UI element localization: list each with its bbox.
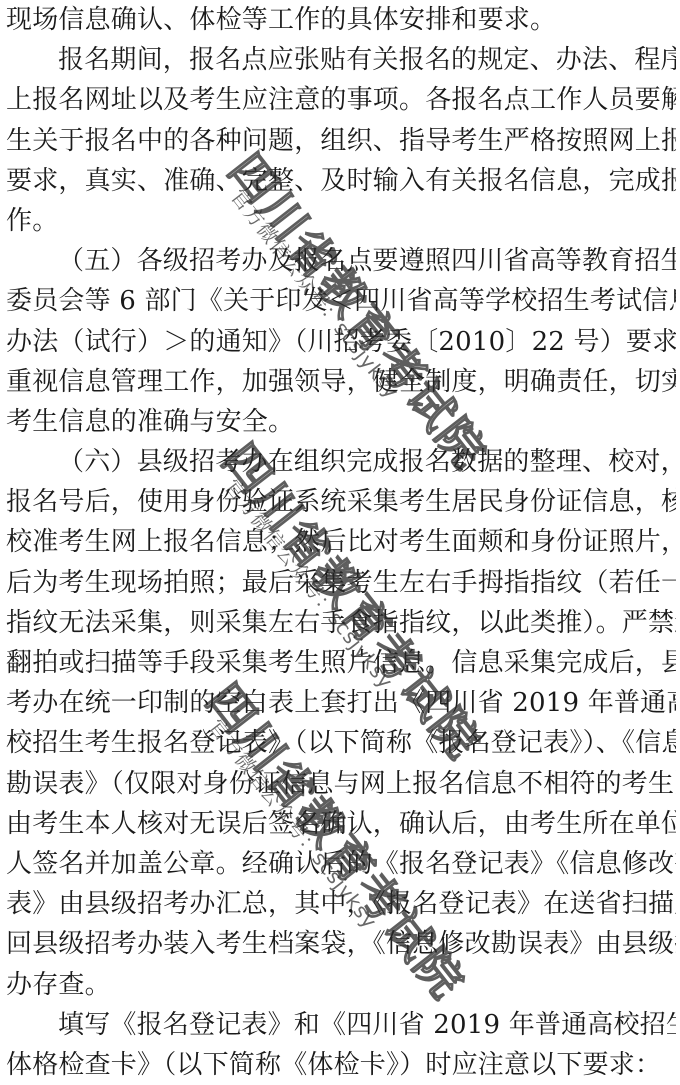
text-line: 考办在统一印制的空白表上套打出《四川省 2019 年普通高等学 xyxy=(6,683,676,723)
document-page: 现场信息确认、体检等工作的具体安排和要求。 报名期间，报名点应张贴有关报名的规定… xyxy=(6,0,676,1085)
text-line: 回县级招考办装入考生档案袋，《信息修改勘误表》由县级招考 xyxy=(6,924,676,964)
text-line: （六）县级招考办在组织完成报名数据的整理、校对，编定 xyxy=(6,442,676,482)
text-line: 委员会等 6 部门《关于印发＜四川省高等学校招生考试信息管理 xyxy=(6,281,676,321)
text-line: 后为考生现场拍照；最后采集考生左右手拇指指纹（若任一拇指 xyxy=(6,563,676,603)
text-line: 上报名网址以及考生应注意的事项。各报名点工作人员要解答考 xyxy=(6,80,676,120)
text-line: 由考生本人核对无误后签名确认，确认后，由考生所在单位负责 xyxy=(6,804,676,844)
text-line: 体格检查卡》（以下简称《体检卡》）时应注意以下要求： xyxy=(6,1045,676,1085)
text-line: （五）各级招考办及报名点要遵照四川省高等教育招生考试 xyxy=(6,241,676,281)
text-line: 翻拍或扫描等手段采集考生照片信息。信息采集完成后，县级招 xyxy=(6,643,676,683)
text-line: 报名期间，报名点应张贴有关报名的规定、办法、程序，网 xyxy=(6,40,676,80)
text-line: 重视信息管理工作，加强领导，健全制度，明确责任，切实保证 xyxy=(6,362,676,402)
text-line: 现场信息确认、体检等工作的具体安排和要求。 xyxy=(6,0,676,40)
text-line: 办法（试行）＞的通知》（川招考委〔2010〕22 号）要求，高度 xyxy=(6,322,676,362)
text-line: 作。 xyxy=(6,201,676,241)
text-line: 生关于报名中的各种问题，组织、指导考生严格按照网上报名的 xyxy=(6,121,676,161)
text-line: 要求，真实、准确、完整、及时输入有关报名信息，完成报名工 xyxy=(6,161,676,201)
text-line: 人签名并加盖公章。经确认后的《报名登记表》《信息修改勘误 xyxy=(6,844,676,884)
text-line: 指纹无法采集，则采集左右手食指指纹，以此类推）。严禁通过 xyxy=(6,603,676,643)
text-line: 勘误表》（仅限对身份证信息与网上报名信息不相符的考生），交 xyxy=(6,764,676,804)
text-line: 考生信息的准确与安全。 xyxy=(6,402,676,442)
text-line: 填写《报名登记表》和《四川省 2019 年普通高校招生考生 xyxy=(6,1005,676,1045)
text-line: 校招生考生报名登记表》（以下简称《报名登记表》）、《信息修改 xyxy=(6,723,676,763)
text-line: 校准考生网上报名信息；然后比对考生面颊和身份证照片，成功 xyxy=(6,522,676,562)
text-line: 办存查。 xyxy=(6,965,676,1005)
text-line: 报名号后，使用身份验证系统采集考生居民身份证信息，核对并 xyxy=(6,482,676,522)
text-line: 表》由县级招考办汇总，其中，《报名登记表》在送省扫描后返 xyxy=(6,884,676,924)
